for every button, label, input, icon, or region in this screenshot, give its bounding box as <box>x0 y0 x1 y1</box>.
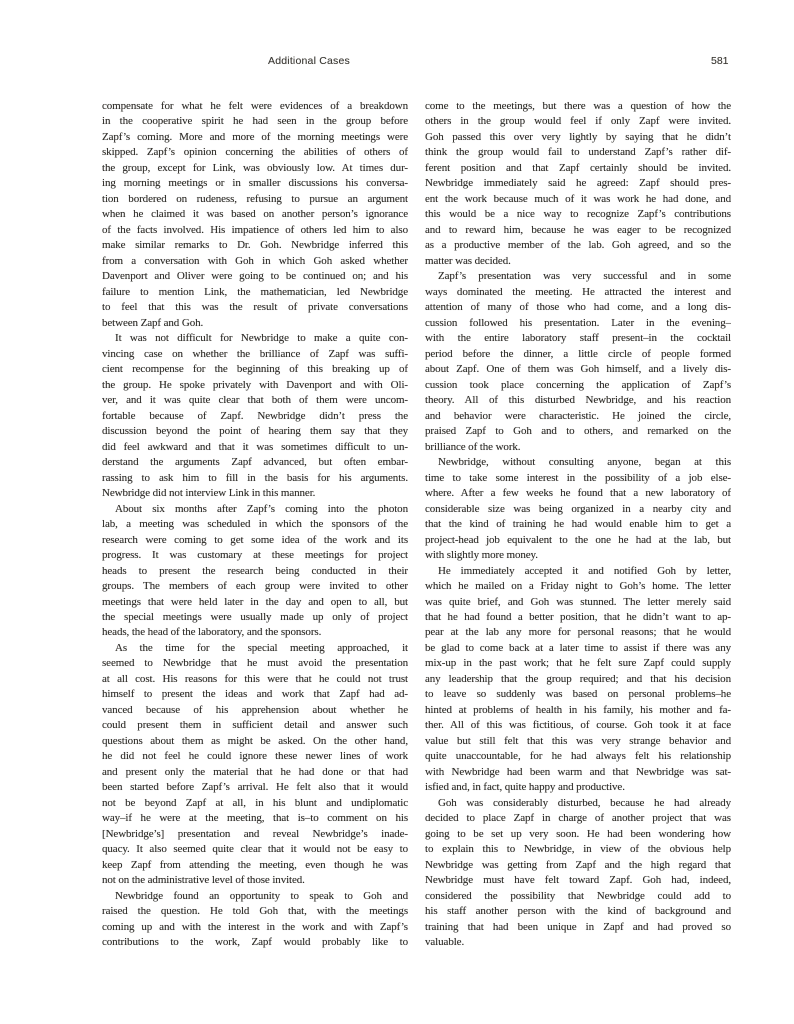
text-line: mix-up in the past work; that he felt su… <box>425 656 731 671</box>
text-line: questions about them as might be asked. … <box>102 734 408 749</box>
text-line: Newbridge must have felt toward Zapf. Go… <box>425 873 731 888</box>
text-line: was quite brief, and Goh was stunned. Th… <box>425 595 731 610</box>
text-line: pear at the lab any more for personal re… <box>425 625 731 640</box>
text-line: with the entire laboratory staff present… <box>425 331 731 346</box>
text-line: value but still felt that this was very … <box>425 734 731 749</box>
text-line: quacy. It also seemed quite clear that i… <box>102 842 408 857</box>
text-line: valuable. <box>425 935 731 950</box>
text-line: About six months after Zapf’s coming int… <box>102 502 408 517</box>
text-line: keep Zapf from attending the meeting, ev… <box>102 858 408 873</box>
text-line: himself to present the ideas and work th… <box>102 687 408 702</box>
text-line: come to the meetings, but there was a qu… <box>425 99 731 114</box>
book-page: Additional Cases 581 compensate for what… <box>0 0 794 1024</box>
text-line: decided to place Zapf in charge of anoth… <box>425 811 731 826</box>
text-line: cussion followed his presentation. Later… <box>425 316 731 331</box>
text-line: be glad to come back at a later time to … <box>425 641 731 656</box>
column-right: come to the meetings, but there was a qu… <box>425 99 731 951</box>
text-line: where. After a few weeks he found that a… <box>425 486 731 501</box>
text-line: hinted at problems of health in his fami… <box>425 703 731 718</box>
running-title: Additional Cases <box>268 55 350 67</box>
text-line: could present them in sufficient detail … <box>102 718 408 733</box>
text-line: heads, the head of the laboratory, and t… <box>102 625 408 640</box>
text-line: considerable size was being organized in… <box>425 502 731 517</box>
text-line: tion bordered on rudeness, refusing to p… <box>102 192 408 207</box>
text-line: the group. He spoke privately with Daven… <box>102 378 408 393</box>
text-line: cussion took place concerning the applic… <box>425 378 731 393</box>
text-line: attention of many of those who had come,… <box>425 300 731 315</box>
text-line: of the facts involved. His impatience of… <box>102 223 408 238</box>
text-line: between Zapf and Goh. <box>102 316 408 331</box>
text-line: [Newbridge’s] presentation and reveal Ne… <box>102 827 408 842</box>
text-line: and behavior were characteristic. He joi… <box>425 409 731 424</box>
text-line: period before the dinner, a little circl… <box>425 347 731 362</box>
text-line: Newbridge was getting from Zapf and the … <box>425 858 731 873</box>
text-line: failure to mention Link, the mathematici… <box>102 285 408 300</box>
text-line: fortable because of Zapf. Newbridge didn… <box>102 409 408 424</box>
text-line: project-head job equivalent to the one h… <box>425 533 731 548</box>
text-line: heads to present the research being cond… <box>102 564 408 579</box>
text-line: lab, a meeting was scheduled in which th… <box>102 517 408 532</box>
text-line: praised Zapf to Goh and to others, and r… <box>425 424 731 439</box>
text-line: think the group would fail to understand… <box>425 145 731 160</box>
text-line: going to be set up very soon. He had bee… <box>425 827 731 842</box>
text-line: raised the question. He told Goh that, w… <box>102 904 408 919</box>
text-line: ver, and it was quite clear that both of… <box>102 393 408 408</box>
text-line: with Newbridge had been warm and that Ne… <box>425 765 731 780</box>
text-line: theory. All of this disturbed Newbridge,… <box>425 393 731 408</box>
text-line: his staff another person with the kind o… <box>425 904 731 919</box>
text-line: As the time for the special meeting appr… <box>102 641 408 656</box>
text-line: progress. It was customary at these meet… <box>102 548 408 563</box>
text-line: he did not feel he could ignore these ne… <box>102 749 408 764</box>
text-line: coming up and with the interest in the w… <box>102 920 408 935</box>
text-line: time to take some interest in the possib… <box>425 471 731 486</box>
text-line: which he mailed on a Friday night to Goh… <box>425 579 731 594</box>
text-line: to explain this to Newbridge, in view of… <box>425 842 731 857</box>
text-line: cient recompense for the beginning of th… <box>102 362 408 377</box>
text-line: any leadership that the group required; … <box>425 672 731 687</box>
text-line: the group, except for Link, was obviousl… <box>102 161 408 176</box>
text-line: It was not difficult for Newbridge to ma… <box>102 331 408 346</box>
text-line: did feel awkward and that it was sometim… <box>102 440 408 455</box>
text-line: ing morning meetings or in smaller discu… <box>102 176 408 191</box>
text-line: research were coming to get some idea of… <box>102 533 408 548</box>
text-line: Davenport and Oliver were going to be co… <box>102 269 408 284</box>
text-line: to leave so suddenly was based on person… <box>425 687 731 702</box>
text-line: training that had been unique in Zapf an… <box>425 920 731 935</box>
text-line: Zapf’s presentation was very successful … <box>425 269 731 284</box>
text-line: way–if he were at the meeting, that is–t… <box>102 811 408 826</box>
text-line: contributions to the work, Zapf would pr… <box>102 935 408 950</box>
text-line: Goh passed this over very lightly by say… <box>425 130 731 145</box>
text-line: seemed to Newbridge that he must avoid t… <box>102 656 408 671</box>
text-line: ther. All of this was fictitious, of cou… <box>425 718 731 733</box>
text-line: and to reward him, because he was eager … <box>425 223 731 238</box>
text-line: Goh was considerably disturbed, because … <box>425 796 731 811</box>
text-line: Zapf’s coming. More and more of the morn… <box>102 130 408 145</box>
text-line: this would be a nice way to recognize Za… <box>425 207 731 222</box>
text-line: skipped. Zapf’s opinion concerning the a… <box>102 145 408 160</box>
text-line: compensate for what he felt were evidenc… <box>102 99 408 114</box>
text-line: rassing to ask him to fill in the basis … <box>102 471 408 486</box>
page-number: 581 <box>711 55 729 67</box>
text-line: not on the administrative level of those… <box>102 873 408 888</box>
text-line: about Zapf. One of them was Goh himself,… <box>425 362 731 377</box>
text-line: at all cost. His reasons for this were t… <box>102 672 408 687</box>
text-line: Newbridge immediately said he agreed: Za… <box>425 176 731 191</box>
text-line: derstand the arguments Zapf advanced, bu… <box>102 455 408 470</box>
text-line: with slightly more money. <box>425 548 731 563</box>
text-line: make similar remarks to Dr. Goh. Newbrid… <box>102 238 408 253</box>
text-line: that he had found a better position, tha… <box>425 610 731 625</box>
text-line: been started before Zapf’s arrival. He f… <box>102 780 408 795</box>
text-line: meetings that were held later in the day… <box>102 595 408 610</box>
text-line: quite unaccountable, for he had always f… <box>425 749 731 764</box>
text-line: vincing case on whether the brilliance o… <box>102 347 408 362</box>
text-line: when he claimed it was based on another … <box>102 207 408 222</box>
text-line: Newbridge, without consulting anyone, be… <box>425 455 731 470</box>
text-line: ways dominated the meeting. He attracted… <box>425 285 731 300</box>
text-line: He immediately accepted it and notified … <box>425 564 731 579</box>
column-left: compensate for what he felt were evidenc… <box>102 99 408 951</box>
text-line: that the kind of training he had would e… <box>425 517 731 532</box>
text-line: discussion beyond the point of hearing t… <box>102 424 408 439</box>
text-line: Newbridge did not interview Link in this… <box>102 486 408 501</box>
text-line: Newbridge found an opportunity to speak … <box>102 889 408 904</box>
text-line: matter was decided. <box>425 254 731 269</box>
text-line: from a conversation with Goh in which Go… <box>102 254 408 269</box>
text-line: to feel that this was the result of priv… <box>102 300 408 315</box>
text-line: the special meetings were usually made u… <box>102 610 408 625</box>
text-line: ent the work because much of it was work… <box>425 192 731 207</box>
text-line: isfied and, in fact, quite happy and pro… <box>425 780 731 795</box>
text-line: brilliance of the work. <box>425 440 731 455</box>
text-line: others in the group would feel if only Z… <box>425 114 731 129</box>
text-line: groups. The members of each group were i… <box>102 579 408 594</box>
text-line: as a productive member of the lab. Goh a… <box>425 238 731 253</box>
text-line: ferent position and that Zapf certainly … <box>425 161 731 176</box>
text-line: in the cooperative spirit he had seen in… <box>102 114 408 129</box>
text-line: considered the possibility that Newbridg… <box>425 889 731 904</box>
text-line: and present only the material that he ha… <box>102 765 408 780</box>
text-line: vanced because of his apprehension about… <box>102 703 408 718</box>
text-line: not be beyond Zapf at all, in his blunt … <box>102 796 408 811</box>
